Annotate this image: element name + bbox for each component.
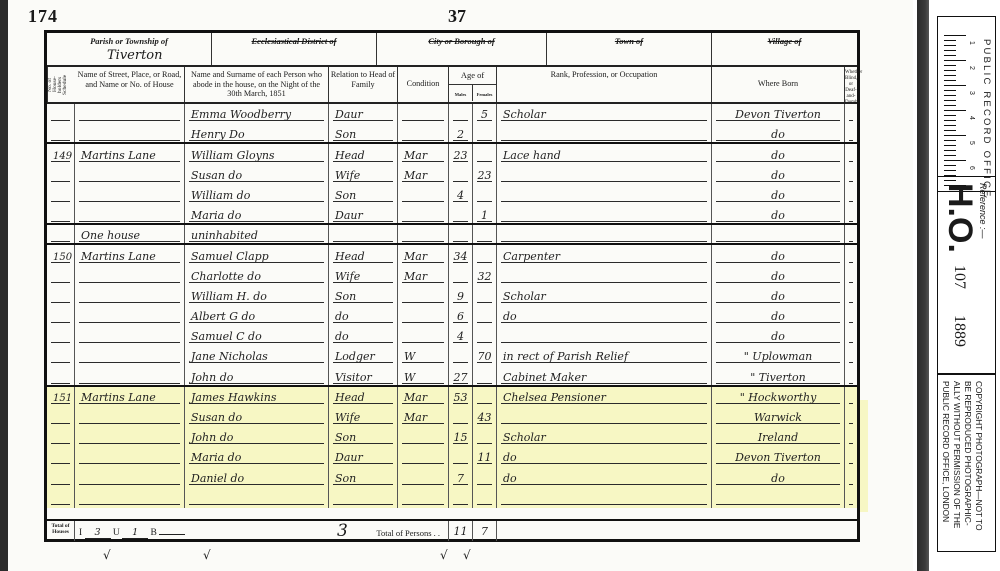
cell-female-age: 32 (473, 266, 497, 286)
ruler-tick (944, 70, 956, 71)
cell-female-age (473, 387, 497, 407)
cell-occupation (497, 185, 712, 205)
cell-male-age (449, 407, 473, 427)
cell-street (75, 447, 185, 467)
totals-houses-label-cell: Total of Houses (47, 521, 75, 541)
cell-birthplace: do (712, 124, 845, 144)
cell-female-age (473, 286, 497, 306)
tick-mark: √ (103, 548, 111, 562)
cell-female-age (473, 366, 497, 386)
cell-schedule (47, 346, 75, 366)
cell-male-age: 34 (449, 245, 473, 265)
cell-infirmity (845, 467, 857, 487)
totals-row: Total of Houses I 3 U 1 B 3 Total of Per… (47, 519, 857, 541)
cell-schedule (47, 467, 75, 487)
cell-female-age: 1 (473, 205, 497, 225)
name-text: Samuel C do (191, 330, 262, 343)
cell-condition (398, 488, 449, 508)
relation-text: Visitor (335, 371, 372, 384)
col-name: Name and Surname of each Person who abod… (185, 67, 329, 102)
cell-infirmity (845, 185, 857, 205)
cell-infirmity (845, 427, 857, 447)
ruler-tick (944, 100, 956, 101)
cell-infirmity (845, 124, 857, 144)
ruler-tick (944, 110, 966, 111)
cell-schedule (47, 104, 75, 124)
name-text: John do (191, 431, 233, 444)
cell-street (75, 488, 185, 508)
cell-relation: Daur (329, 447, 398, 467)
census-rows: Emma WoodberryDaur5ScholarDevon Tiverton… (47, 104, 857, 508)
cell-male-age: 23 (449, 144, 473, 164)
relation-text: Son (335, 128, 356, 141)
uninhabited-count: 1 (122, 527, 148, 539)
male-age-text: 53 (449, 391, 472, 404)
relation-text: Head (335, 149, 365, 162)
male-age-text: 15 (449, 431, 472, 444)
cell-condition (398, 306, 449, 326)
ruler-tick (944, 170, 956, 171)
ruler-tick (944, 85, 966, 86)
occupation-text: Scholar (503, 290, 546, 303)
cell-infirmity (845, 165, 857, 185)
cell-female-age: 5 (473, 104, 497, 124)
cell-name: Samuel Clapp (185, 245, 329, 265)
cell-condition (398, 104, 449, 124)
cell-street (75, 266, 185, 286)
occupation-text: Cabinet Maker (503, 371, 586, 384)
condition-text: W (404, 350, 415, 363)
col-occupation: Rank, Profession, or Occupation (497, 67, 712, 102)
occupation-text: do (503, 472, 517, 485)
cell-condition (398, 286, 449, 306)
female-age-text: 43 (473, 411, 496, 424)
cell-condition (398, 447, 449, 467)
reference-label: Reference :— (978, 183, 988, 239)
cell-female-age (473, 488, 497, 508)
name-text: Charlotte do (191, 270, 261, 283)
ruler-tick (944, 165, 956, 166)
cell-schedule: 150 (47, 245, 75, 265)
table-row: Henry DoSon2do (47, 124, 857, 144)
cell-occupation (497, 407, 712, 427)
cell-street (75, 346, 185, 366)
cell-birthplace: do (712, 286, 845, 306)
female-age-text: 70 (473, 350, 496, 363)
table-row: Emma WoodberryDaur5ScholarDevon Tiverton (47, 104, 857, 124)
total-males: 11 (449, 525, 472, 538)
occupation-text: Scholar (503, 431, 546, 444)
cell-relation: Wife (329, 165, 398, 185)
cell-condition (398, 427, 449, 447)
table-row: 149Martins LaneWilliam GloynsHeadMar23La… (47, 144, 857, 164)
male-age-text: 6 (449, 310, 472, 323)
cell-relation: Lodger (329, 346, 398, 366)
cell-condition (398, 185, 449, 205)
ruler-tick (944, 35, 966, 36)
cell-condition (398, 326, 449, 346)
ruler-tick (944, 150, 956, 151)
relation-text: Head (335, 391, 365, 404)
cell-infirmity (845, 144, 857, 164)
cell-relation: Son (329, 427, 398, 447)
street-text: One house (81, 229, 140, 242)
cell-relation: Son (329, 286, 398, 306)
relation-text: Son (335, 431, 356, 444)
occupation-text: Chelsea Pensioner (503, 391, 606, 404)
col-relation: Relation to Head of Family (329, 67, 398, 102)
cell-female-age (473, 326, 497, 346)
cell-schedule (47, 326, 75, 346)
condition-text: Mar (404, 169, 427, 182)
birthplace-text: do (712, 330, 844, 343)
male-age-text: 27 (449, 371, 472, 384)
table-row (47, 488, 857, 508)
cell-infirmity (845, 366, 857, 386)
cell-occupation: do (497, 467, 712, 487)
cell-occupation: Lace hand (497, 144, 712, 164)
ruler-tick (944, 90, 956, 91)
cell-name: Daniel do (185, 467, 329, 487)
totals-houses-label: Total of Houses (47, 521, 74, 535)
table-row: Samuel C dodo4do (47, 326, 857, 346)
cell-street: Martins Lane (75, 144, 185, 164)
cell-male-age: 15 (449, 427, 473, 447)
cell-female-age (473, 185, 497, 205)
cell-female-age: 11 (473, 447, 497, 467)
cell-condition: Mar (398, 245, 449, 265)
cell-condition (398, 467, 449, 487)
cell-male-age (449, 346, 473, 366)
ruler-tick (944, 40, 956, 41)
condition-text: Mar (404, 270, 427, 283)
cell-schedule (47, 306, 75, 326)
street-text: Martins Lane (81, 149, 156, 162)
cell-condition: Mar (398, 165, 449, 185)
ruler-number: 4 (968, 116, 975, 120)
cell-name (185, 488, 329, 508)
page-number: 37 (448, 6, 466, 27)
cell-name: Maria do (185, 447, 329, 467)
cell-relation: Son (329, 124, 398, 144)
ruler-number: 5 (968, 141, 975, 145)
ruler-tick (944, 55, 956, 56)
relation-text: Daur (335, 108, 363, 121)
cell-birthplace: do (712, 185, 845, 205)
relation-text: do (335, 310, 349, 323)
col-condition: Condition (398, 67, 449, 102)
age-females-label: Females (473, 85, 496, 101)
cell-male-age: 2 (449, 124, 473, 144)
ruler-tick (944, 140, 956, 141)
ecclesiastical-cell: Ecclesiastical District of (212, 33, 377, 65)
reference-box: Reference :— H.O. 107 1889 (937, 176, 996, 374)
cell-name: Susan do (185, 407, 329, 427)
cell-condition: Mar (398, 144, 449, 164)
cell-schedule (47, 266, 75, 286)
cell-male-age: 53 (449, 387, 473, 407)
female-age-text: 1 (473, 209, 496, 222)
cell-name: uninhabited (185, 225, 329, 245)
cell-occupation (497, 225, 712, 245)
cell-relation (329, 488, 398, 508)
cell-condition: Mar (398, 266, 449, 286)
name-text: Emma Woodberry (191, 108, 291, 121)
name-text: uninhabited (191, 229, 258, 242)
age-label: Age of (449, 67, 496, 85)
cell-occupation (497, 488, 712, 508)
cell-birthplace: " Uplowman (712, 346, 845, 366)
highlight-overflow (860, 400, 868, 512)
table-row: Susan doWifeMar43Warwick (47, 407, 857, 427)
relation-text: Son (335, 290, 356, 303)
table-row: 150Martins LaneSamuel ClappHeadMar34Carp… (47, 245, 857, 265)
schedule-text: 149 (53, 151, 72, 162)
total-females-cell: 7 (473, 521, 497, 541)
cell-street (75, 467, 185, 487)
cell-birthplace: Warwick (712, 407, 845, 427)
cell-condition: W (398, 346, 449, 366)
copyright-notice: COPYRIGHT PHOTOGRAPH—NOT TO BE REPRODUCE… (940, 381, 984, 531)
cell-birthplace: do (712, 326, 845, 346)
ruler-number: 3 (968, 91, 975, 95)
name-text: Maria do (191, 451, 241, 464)
cell-birthplace (712, 488, 845, 508)
cell-female-age (473, 144, 497, 164)
cell-birthplace: do (712, 266, 845, 286)
ruler-tick (944, 120, 956, 121)
male-age-text: 34 (449, 250, 472, 263)
cell-condition: W (398, 366, 449, 386)
relation-text: do (335, 330, 349, 343)
occupation-text: in rect of Parish Relief (503, 350, 628, 363)
name-text: Henry Do (191, 128, 245, 141)
male-age-text: 23 (449, 149, 472, 162)
name-text: William do (191, 189, 250, 202)
col-age: Age of Males Females (449, 67, 497, 102)
cell-relation: Head (329, 387, 398, 407)
persons-label: Total of Persons . . (376, 528, 440, 538)
scan-edge-right (913, 0, 933, 571)
name-text: John do (191, 371, 233, 384)
cell-infirmity (845, 346, 857, 366)
birthplace-text: do (712, 472, 844, 485)
table-row: 151Martins LaneJames HawkinsHeadMar53Che… (47, 387, 857, 407)
tick-mark: √ (463, 548, 471, 562)
cell-infirmity (845, 306, 857, 326)
cell-name: Maria do (185, 205, 329, 225)
ruler-tick (944, 80, 956, 81)
cell-infirmity (845, 407, 857, 427)
ruler-tick (944, 130, 956, 131)
cell-occupation: do (497, 306, 712, 326)
cell-infirmity (845, 387, 857, 407)
female-age-text: 32 (473, 270, 496, 283)
ruler-tick (944, 60, 966, 61)
cell-infirmity (845, 225, 857, 245)
totals-persons-label-cell: 3 Total of Persons . . (157, 521, 449, 541)
table-row: Susan doWifeMar23do (47, 165, 857, 185)
cell-condition (398, 205, 449, 225)
cell-schedule (47, 427, 75, 447)
cell-male-age (449, 205, 473, 225)
cell-birthplace: Ireland (712, 427, 845, 447)
cell-schedule (47, 488, 75, 508)
cell-name: John do (185, 427, 329, 447)
birthplace-text: " Tiverton (712, 371, 844, 384)
condition-text: Mar (404, 149, 427, 162)
cell-infirmity (845, 205, 857, 225)
cell-female-age (473, 467, 497, 487)
ruler: 123456 (944, 35, 978, 189)
cell-schedule (47, 407, 75, 427)
female-age-text: 5 (473, 108, 496, 121)
cell-schedule: 149 (47, 144, 75, 164)
borough-label: City or Borough of (377, 36, 546, 46)
cell-condition (398, 124, 449, 144)
cell-relation: Son (329, 185, 398, 205)
cell-female-age (473, 245, 497, 265)
condition-text: Mar (404, 391, 427, 404)
cell-name: John do (185, 366, 329, 386)
table-row: William H. doSon9Scholardo (47, 286, 857, 306)
cell-birthplace: Devon Tiverton (712, 104, 845, 124)
relation-text: Lodger (335, 350, 375, 363)
ruler-number: 2 (968, 66, 975, 70)
cell-birthplace: " Hockworthy (712, 387, 845, 407)
occupation-text: do (503, 451, 517, 464)
cell-relation: Daur (329, 205, 398, 225)
cell-occupation: in rect of Parish Relief (497, 346, 712, 366)
female-age-text: 23 (473, 169, 496, 182)
cell-female-age (473, 427, 497, 447)
name-text: William H. do (191, 290, 267, 303)
occupation-text: Scholar (503, 108, 546, 121)
age-males-label: Males (449, 85, 473, 101)
cell-schedule (47, 185, 75, 205)
table-row: Maria doDaur1do (47, 205, 857, 225)
tick-mark: √ (440, 548, 448, 562)
cell-birthplace: do (712, 144, 845, 164)
table-row: Maria doDaur11doDevon Tiverton (47, 447, 857, 467)
cell-occupation (497, 266, 712, 286)
cell-male-age: 7 (449, 467, 473, 487)
cell-male-age: 9 (449, 286, 473, 306)
cell-occupation: Scholar (497, 104, 712, 124)
cell-condition: Mar (398, 387, 449, 407)
ruler-number: 6 (968, 166, 975, 170)
birthplace-text: do (712, 189, 844, 202)
cell-birthplace: do (712, 205, 845, 225)
cell-schedule (47, 205, 75, 225)
town-cell: Town of (547, 33, 712, 65)
admin-header: Parish or Township of Tiverton Ecclesias… (47, 33, 857, 67)
birthplace-text: do (712, 270, 844, 283)
cell-female-age (473, 225, 497, 245)
cell-name: Emma Woodberry (185, 104, 329, 124)
relation-text: Head (335, 250, 365, 263)
cell-female-age: 43 (473, 407, 497, 427)
cell-street (75, 286, 185, 306)
cell-infirmity (845, 245, 857, 265)
cell-street: One house (75, 225, 185, 245)
cell-birthplace (712, 225, 845, 245)
cell-infirmity (845, 447, 857, 467)
cell-street (75, 104, 185, 124)
cell-female-age (473, 306, 497, 326)
table-row: Charlotte doWifeMar32do (47, 266, 857, 286)
cell-male-age (449, 104, 473, 124)
cell-male-age (449, 266, 473, 286)
table-row: One houseuninhabited (47, 225, 857, 245)
cell-name: Jane Nicholas (185, 346, 329, 366)
name-text: Susan do (191, 169, 242, 182)
copyright-box: COPYRIGHT PHOTOGRAPH—NOT TO BE REPRODUCE… (937, 374, 996, 552)
record-office-strip: 123456 PUBLIC RECORD OFFICE Reference :—… (933, 0, 1000, 571)
cell-name: James Hawkins (185, 387, 329, 407)
total-females: 7 (473, 525, 496, 538)
cell-infirmity (845, 104, 857, 124)
total-males-cell: 11 (449, 521, 473, 541)
birthplace-text: do (712, 149, 844, 162)
cell-infirmity (845, 326, 857, 346)
birthplace-text: Warwick (712, 411, 844, 424)
cell-street (75, 407, 185, 427)
col-houses: No. of House-holders Schedule (47, 67, 75, 102)
cell-name: Susan do (185, 165, 329, 185)
ruler-tick (944, 75, 956, 76)
condition-text: Mar (404, 411, 427, 424)
cell-birthplace: Devon Tiverton (712, 447, 845, 467)
cell-street (75, 124, 185, 144)
birthplace-text: Devon Tiverton (712, 451, 844, 464)
cell-relation: Wife (329, 266, 398, 286)
cell-occupation: Carpenter (497, 245, 712, 265)
cell-schedule (47, 286, 75, 306)
name-text: Samuel Clapp (191, 250, 269, 263)
male-age-text: 4 (449, 330, 472, 343)
name-text: Maria do (191, 209, 241, 222)
cell-condition (398, 225, 449, 245)
cell-street (75, 185, 185, 205)
cell-schedule (47, 366, 75, 386)
street-text: Martins Lane (81, 250, 156, 263)
cell-birthplace: do (712, 245, 845, 265)
cell-street: Martins Lane (75, 245, 185, 265)
folio-number: 174 (28, 6, 58, 27)
col-infirmity: Whether Blind, or Deaf-and-Dumb (845, 67, 857, 102)
cell-male-age: 6 (449, 306, 473, 326)
cell-relation (329, 225, 398, 245)
reference-piece: 1889 (950, 315, 968, 347)
cell-infirmity (845, 266, 857, 286)
name-text: James Hawkins (191, 391, 277, 404)
census-page: 174 37 Parish or Township of Tiverton Ec… (8, 0, 913, 571)
street-text: Martins Lane (81, 391, 156, 404)
male-age-text: 7 (449, 472, 472, 485)
cell-birthplace: do (712, 467, 845, 487)
cell-relation: Head (329, 144, 398, 164)
cell-male-age (449, 225, 473, 245)
cell-infirmity (845, 286, 857, 306)
cell-schedule (47, 447, 75, 467)
cell-female-age: 70 (473, 346, 497, 366)
birthplace-text: " Uplowman (712, 350, 844, 363)
cell-street (75, 326, 185, 346)
cell-male-age: 27 (449, 366, 473, 386)
cell-birthplace: " Tiverton (712, 366, 845, 386)
parish-cell: Parish or Township of Tiverton (47, 33, 212, 65)
